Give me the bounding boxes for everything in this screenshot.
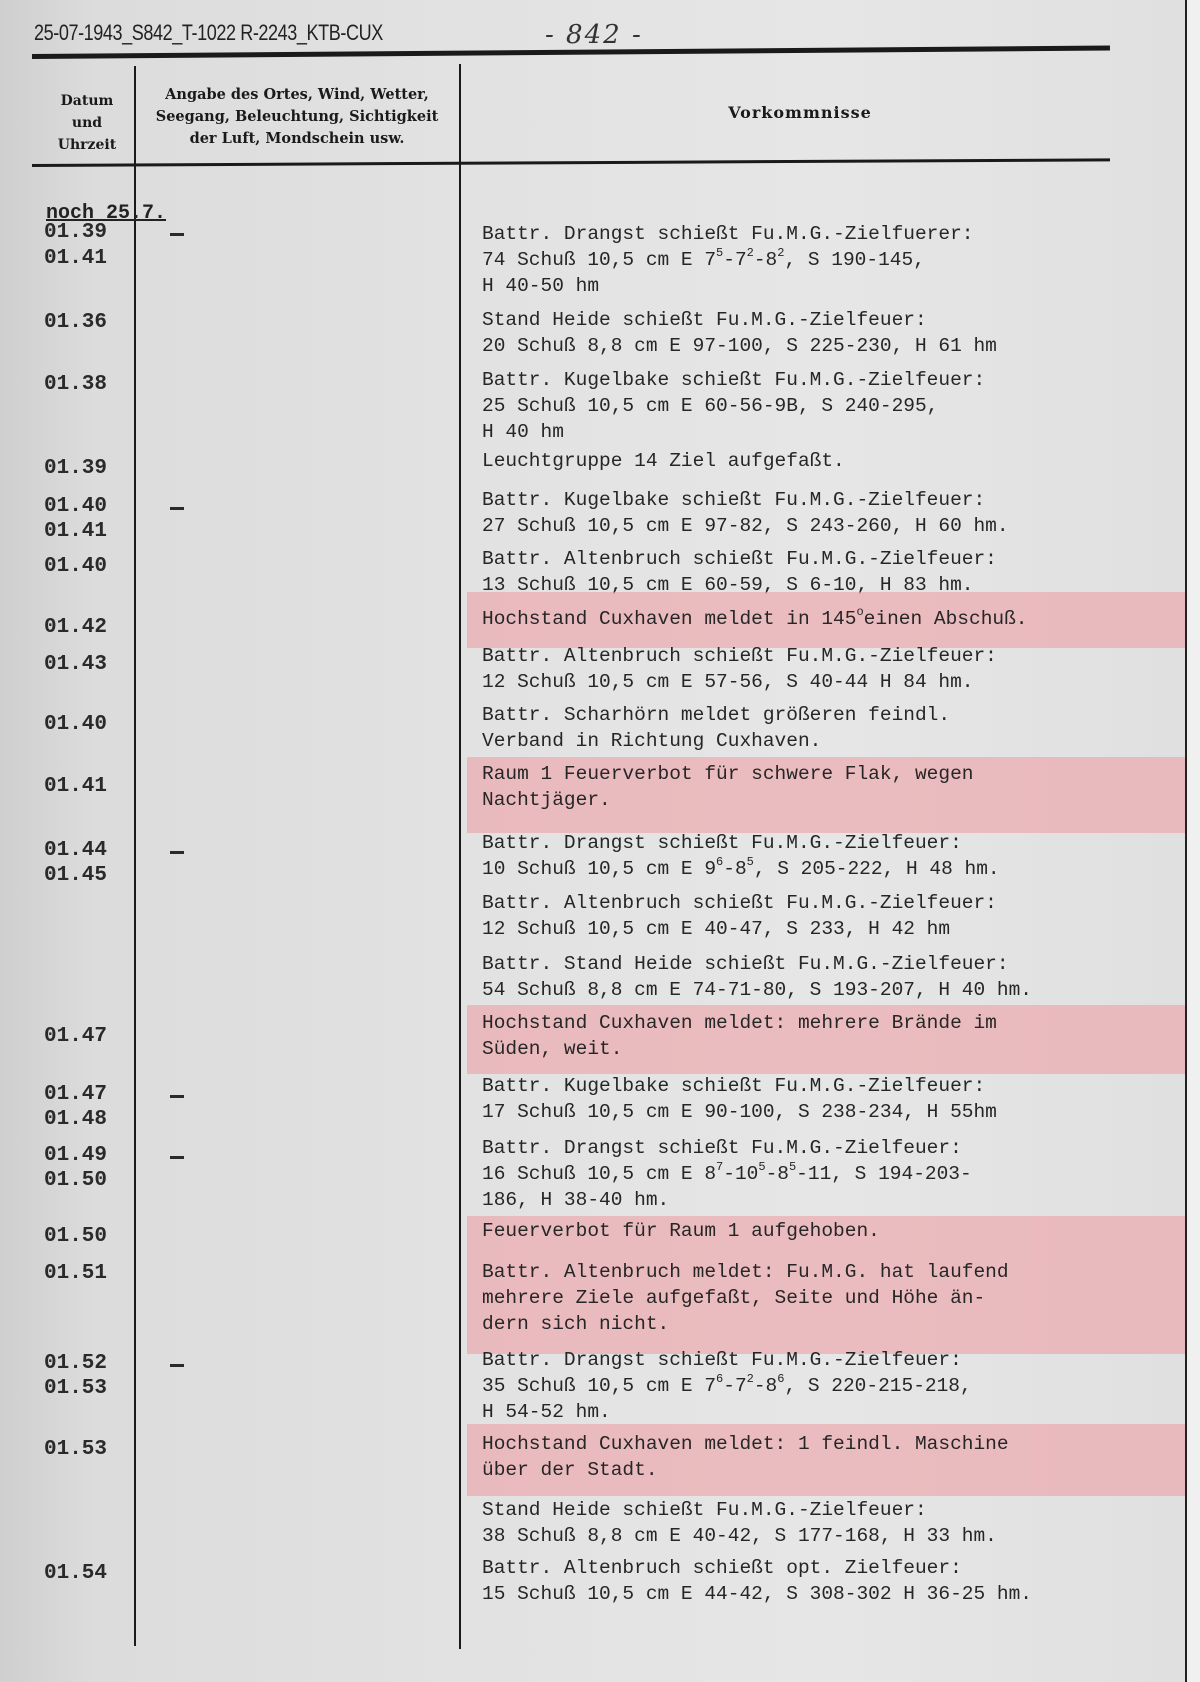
log-entry-highlighted: Hochstand Cuxhaven meldet: mehrere Bränd… xyxy=(482,1010,1182,1062)
entry-line: Battr. Altenbruch meldet: Fu.M.G. hat la… xyxy=(482,1259,1182,1285)
entry-time: 01.41 xyxy=(44,520,132,544)
header-line: und xyxy=(40,112,134,134)
entry-line: mehrere Ziele aufgefaßt, Seite und Höhe … xyxy=(482,1285,1182,1311)
entry-line: Battr. Altenbruch schießt opt. Zielfeuer… xyxy=(482,1555,1182,1581)
entry-line: 17 Schuß 10,5 cm E 90-100, S 238-234, H … xyxy=(482,1099,1182,1125)
entry-line: 15 Schuß 10,5 cm E 44-42, S 308-302 H 36… xyxy=(482,1581,1182,1607)
log-entry-highlighted: Feuerverbot für Raum 1 aufgehoben. xyxy=(482,1218,1182,1244)
entry-time: 01.53 xyxy=(44,1438,132,1462)
entry-line: Nachtjäger. xyxy=(482,787,1182,813)
entry-line: Battr. Drangst schießt Fu.M.G.-Zielfeuer… xyxy=(482,830,1182,856)
entry-line: dern sich nicht. xyxy=(482,1311,1182,1337)
location-dash xyxy=(170,233,184,236)
location-dash xyxy=(170,1364,184,1367)
log-entry: Battr. Drangst schießt Fu.M.G.-Zielfuere… xyxy=(482,221,1182,299)
log-entry: Battr. Kugelbake schießt Fu.M.G.-Zielfeu… xyxy=(482,367,1182,445)
entry-line: 54 Schuß 8,8 cm E 74-71-80, S 193-207, H… xyxy=(482,977,1182,1003)
entry-time: 01.52 xyxy=(44,1352,132,1376)
entry-line: 10 Schuß 10,5 cm E 96-85, S 205-222, H 4… xyxy=(482,856,1182,882)
log-entry: Battr. Kugelbake schießt Fu.M.G.-Zielfeu… xyxy=(482,1073,1182,1125)
entry-time: 01.42 xyxy=(44,616,132,640)
entry-time: 01.44 xyxy=(44,839,132,863)
entry-time: 01.41 xyxy=(44,247,132,271)
column-header-date: Datum und Uhrzeit xyxy=(40,90,134,156)
log-entry: Battr. Altenbruch schießt Fu.M.G.-Zielfe… xyxy=(482,546,1182,598)
entry-line: Battr. Altenbruch schießt Fu.M.G.-Zielfe… xyxy=(482,546,1182,572)
log-entry-highlighted: Hochstand Cuxhaven meldet in 145oeinen A… xyxy=(482,606,1182,632)
entry-line: 35 Schuß 10,5 cm E 76-72-86, S 220-215-2… xyxy=(482,1373,1182,1399)
location-dash xyxy=(170,507,184,510)
entry-time: 01.45 xyxy=(44,864,132,888)
entry-line: 27 Schuß 10,5 cm E 97-82, S 243-260, H 6… xyxy=(482,513,1182,539)
entry-line: über der Stadt. xyxy=(482,1457,1182,1483)
entry-time: 01.51 xyxy=(44,1262,132,1286)
location-dash xyxy=(170,1156,184,1159)
log-entry: Battr. Drangst schießt Fu.M.G.-Zielfeuer… xyxy=(482,830,1182,882)
header-line: Angabe des Ortes, Wind, Wetter, xyxy=(138,84,456,106)
entry-time: 01.49 xyxy=(44,1144,132,1168)
entry-line: Stand Heide schießt Fu.M.G.-Zielfeuer: xyxy=(482,1497,1182,1523)
entry-time: 01.47 xyxy=(44,1083,132,1107)
column-divider-2 xyxy=(459,64,461,1649)
log-entry: Battr. Kugelbake schießt Fu.M.G.-Zielfeu… xyxy=(482,487,1182,539)
entry-time: 01.39 xyxy=(44,457,132,481)
log-entry: Battr. Scharhörn meldet größeren feindl.… xyxy=(482,702,1182,754)
log-entry: Leuchtgruppe 14 Ziel aufgefaßt. xyxy=(482,448,1182,474)
log-entry: Stand Heide schießt Fu.M.G.-Zielfeuer:20… xyxy=(482,307,1182,359)
location-dash xyxy=(170,1095,184,1098)
entry-time: 01.38 xyxy=(44,373,132,397)
entry-line: Stand Heide schießt Fu.M.G.-Zielfeuer: xyxy=(482,307,1182,333)
entry-time: 01.40 xyxy=(44,495,132,519)
log-entry: Battr. Altenbruch schießt opt. Zielfeuer… xyxy=(482,1555,1182,1607)
entry-time: 01.53 xyxy=(44,1377,132,1401)
entry-line: Battr. Kugelbake schießt Fu.M.G.-Zielfeu… xyxy=(482,487,1182,513)
entry-time: 01.39 xyxy=(44,221,132,245)
entry-line: 38 Schuß 8,8 cm E 40-42, S 177-168, H 33… xyxy=(482,1523,1182,1549)
file-label: 25-07-1943_S842_T-1022 R-2243_KTB-CUX xyxy=(34,20,383,46)
entry-line: 74 Schuß 10,5 cm E 75-72-82, S 190-145, xyxy=(482,247,1182,273)
entry-line: Battr. Drangst schießt Fu.M.G.-Zielfuere… xyxy=(482,221,1182,247)
entry-line: Raum 1 Feuerverbot für schwere Flak, weg… xyxy=(482,761,1182,787)
entry-line: Battr. Drangst schießt Fu.M.G.-Zielfeuer… xyxy=(482,1135,1182,1161)
entry-time: 01.47 xyxy=(44,1025,132,1049)
entry-time: 01.50 xyxy=(44,1225,132,1249)
entry-time: 01.54 xyxy=(44,1562,132,1586)
page-number: - 842 - xyxy=(545,20,643,50)
entry-line: Battr. Scharhörn meldet größeren feindl. xyxy=(482,702,1182,728)
entry-line: 186, H 38-40 hm. xyxy=(482,1187,1182,1213)
entry-line: Verband in Richtung Cuxhaven. xyxy=(482,728,1182,754)
entry-line: Battr. Altenbruch schießt Fu.M.G.-Zielfe… xyxy=(482,890,1182,916)
header-line: Seegang, Beleuchtung, Sichtigkeit xyxy=(138,106,456,128)
entry-line: Feuerverbot für Raum 1 aufgehoben. xyxy=(482,1218,1182,1244)
entry-time: 01.41 xyxy=(44,775,132,799)
log-entry: Battr. Drangst schießt Fu.M.G.-Zielfeuer… xyxy=(482,1135,1182,1213)
entry-line: Battr. Altenbruch schießt Fu.M.G.-Zielfe… xyxy=(482,643,1182,669)
entry-time: 01.48 xyxy=(44,1108,132,1132)
column-divider-1 xyxy=(134,66,136,1646)
log-entry: Battr. Altenbruch schießt Fu.M.G.-Zielfe… xyxy=(482,643,1182,695)
log-entry-highlighted: Raum 1 Feuerverbot für schwere Flak, weg… xyxy=(482,761,1182,813)
entry-time: 01.50 xyxy=(44,1169,132,1193)
log-entry: Battr. Altenbruch schießt Fu.M.G.-Zielfe… xyxy=(482,890,1182,942)
log-entry-highlighted: Hochstand Cuxhaven meldet: 1 feindl. Mas… xyxy=(482,1431,1182,1483)
entry-line: 16 Schuß 10,5 cm E 87-105-85-11, S 194-2… xyxy=(482,1161,1182,1187)
entry-line: 25 Schuß 10,5 cm E 60-56-9B, S 240-295, xyxy=(482,393,1182,419)
log-entry: Battr. Drangst schießt Fu.M.G.-Zielfeuer… xyxy=(482,1347,1182,1425)
log-entry-highlighted: Battr. Altenbruch meldet: Fu.M.G. hat la… xyxy=(482,1259,1182,1337)
entry-line: Hochstand Cuxhaven meldet: mehrere Bränd… xyxy=(482,1010,1182,1036)
entry-line: 20 Schuß 8,8 cm E 97-100, S 225-230, H 6… xyxy=(482,333,1182,359)
entry-time: 01.43 xyxy=(44,653,132,677)
entry-line: Battr. Drangst schießt Fu.M.G.-Zielfeuer… xyxy=(482,1347,1182,1373)
entry-line: 12 Schuß 10,5 cm E 57-56, S 40-44 H 84 h… xyxy=(482,669,1182,695)
header-line: Datum xyxy=(40,90,134,112)
header-line: der Luft, Mondschein usw. xyxy=(138,128,456,150)
entry-line: Battr. Stand Heide schießt Fu.M.G.-Zielf… xyxy=(482,951,1182,977)
log-entry: Stand Heide schießt Fu.M.G.-Zielfeuer:38… xyxy=(482,1497,1182,1549)
header-line: Uhrzeit xyxy=(40,134,134,156)
page-margin-strip xyxy=(1187,0,1200,1682)
entry-line: H 54-52 hm. xyxy=(482,1399,1182,1425)
entry-time: 01.40 xyxy=(44,555,132,579)
entry-line: Süden, weit. xyxy=(482,1036,1182,1062)
log-entry: Battr. Stand Heide schießt Fu.M.G.-Zielf… xyxy=(482,951,1182,1003)
entry-time: 01.40 xyxy=(44,713,132,737)
location-dash xyxy=(170,851,184,854)
entry-line: H 40-50 hm xyxy=(482,273,1182,299)
column-header-events: Vorkommnisse xyxy=(600,103,1000,122)
entry-line: Battr. Kugelbake schießt Fu.M.G.-Zielfeu… xyxy=(482,367,1182,393)
entry-line: Hochstand Cuxhaven meldet: 1 feindl. Mas… xyxy=(482,1431,1182,1457)
entry-time: 01.36 xyxy=(44,311,132,335)
entry-line: Battr. Kugelbake schießt Fu.M.G.-Zielfeu… xyxy=(482,1073,1182,1099)
entry-line: Hochstand Cuxhaven meldet in 145oeinen A… xyxy=(482,606,1182,632)
entry-line: H 40 hm xyxy=(482,419,1182,445)
entry-line: Leuchtgruppe 14 Ziel aufgefaßt. xyxy=(482,448,1182,474)
entry-line: 12 Schuß 10,5 cm E 40-47, S 233, H 42 hm xyxy=(482,916,1182,942)
column-header-location-weather: Angabe des Ortes, Wind, Wetter, Seegang,… xyxy=(138,84,456,150)
